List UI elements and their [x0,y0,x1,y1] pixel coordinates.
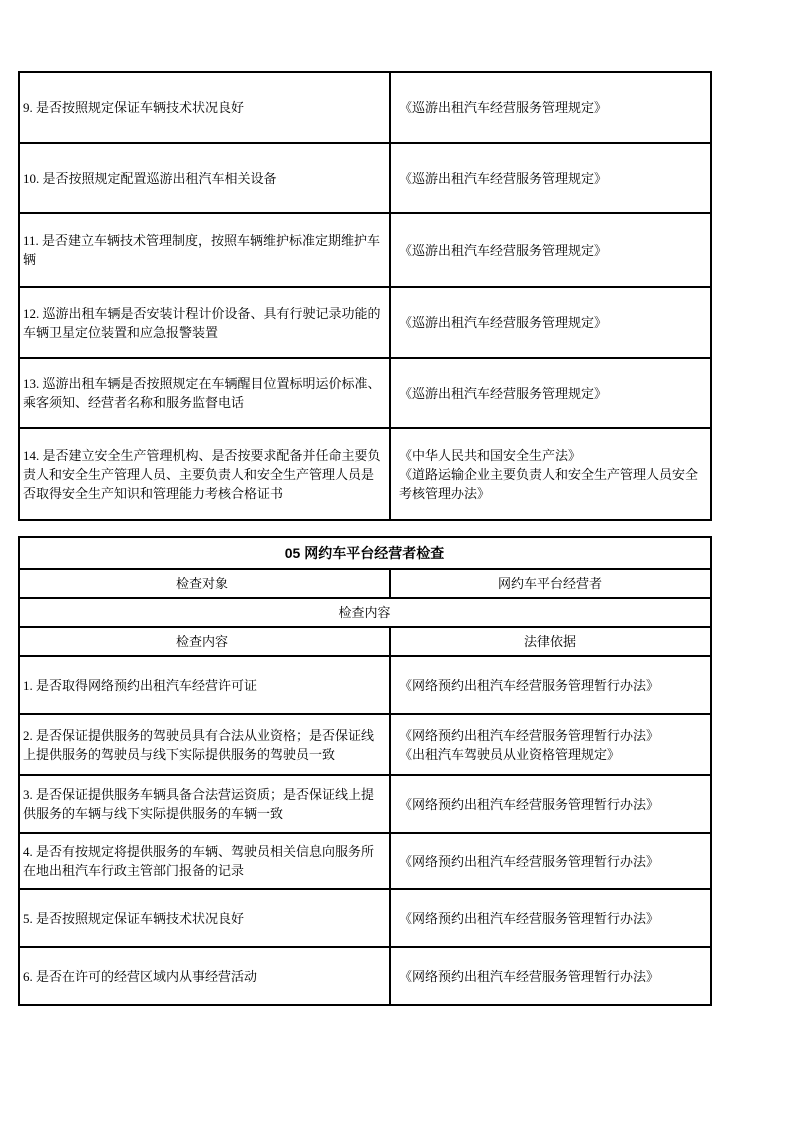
inspect-target-value: 网约车平台经营者 [391,570,710,597]
table-row: 6. 是否在许可的经营区域内从事经营活动《网络预约出租汽车经营服务管理暂行办法》 [20,946,710,1004]
lower-rows-container: 1. 是否取得网络预约出租汽车经营许可证《网络预约出租汽车经营服务管理暂行办法》… [20,655,710,1004]
table-row: 3. 是否保证提供服务车辆具备合法营运资质；是否保证线上提供服务的车辆与线下实际… [20,774,710,832]
check-item-cell: 13. 巡游出租车辆是否按照规定在车辆醒目位置标明运价标准、乘客须知、经营者名称… [20,359,391,427]
section-title-row: 05 网约车平台经营者检查 [20,538,710,568]
column-header-content: 检查内容 [20,628,391,655]
legal-basis-cell: 《中华人民共和国安全生产法》《道路运输企业主要负责人和安全生产管理人员安全考核管… [391,429,710,519]
legal-ref: 《巡游出租汽车经营服务管理规定》 [399,384,706,403]
legal-basis-cell: 《网络预约出租汽车经营服务管理暂行办法》 [391,948,710,1004]
table-row: 11. 是否建立车辆技术管理制度，按照车辆维护标准定期维护车辆《巡游出租汽车经营… [20,212,710,286]
legal-ref: 《网络预约出租汽车经营服务管理暂行办法》 [399,795,706,814]
check-item-cell: 14. 是否建立安全生产管理机构、是否按要求配备并任命主要负责人和安全生产管理人… [20,429,391,519]
legal-basis-cell: 《巡游出租汽车经营服务管理规定》 [391,144,710,212]
legal-ref: 《中华人民共和国安全生产法》 [399,446,706,465]
legal-basis-cell: 《网络预约出租汽车经营服务管理暂行办法》 [391,776,710,832]
inspection-table-lower: 05 网约车平台经营者检查 检查对象 网约车平台经营者 检查内容 检查内容 法律… [18,536,712,1006]
legal-ref: 《巡游出租汽车经营服务管理规定》 [399,313,706,332]
legal-ref: 《网络预约出租汽车经营服务管理暂行办法》 [399,852,706,871]
section-title: 05 网约车平台经营者检查 [20,538,710,568]
legal-ref: 《网络预约出租汽车经营服务管理暂行办法》 [399,967,706,986]
table-row: 2. 是否保证提供服务的驾驶员具有合法从业资格；是否保证线上提供服务的驾驶员与线… [20,713,710,774]
legal-basis-cell: 《巡游出租汽车经营服务管理规定》 [391,288,710,357]
inspect-content-banner: 检查内容 [20,599,710,626]
check-item-cell: 4. 是否有按规定将提供服务的车辆、驾驶员相关信息向服务所在地出租汽车行政主管部… [20,834,391,888]
check-item-cell: 11. 是否建立车辆技术管理制度，按照车辆维护标准定期维护车辆 [20,214,391,286]
table-row: 1. 是否取得网络预约出租汽车经营许可证《网络预约出租汽车经营服务管理暂行办法》 [20,655,710,713]
check-item-cell: 2. 是否保证提供服务的驾驶员具有合法从业资格；是否保证线上提供服务的驾驶员与线… [20,715,391,774]
legal-basis-cell: 《巡游出租汽车经营服务管理规定》 [391,359,710,427]
check-item-cell: 10. 是否按照规定配置巡游出租汽车相关设备 [20,144,391,212]
inspect-content-banner-row: 检查内容 [20,597,710,626]
legal-ref: 《网络预约出租汽车经营服务管理暂行办法》 [399,726,706,745]
check-item-cell: 12. 巡游出租车辆是否安装计程计价设备、具有行驶记录功能的车辆卫星定位装置和应… [20,288,391,357]
table-row: 12. 巡游出租车辆是否安装计程计价设备、具有行驶记录功能的车辆卫星定位装置和应… [20,286,710,357]
legal-ref: 《巡游出租汽车经营服务管理规定》 [399,241,706,260]
column-header-row: 检查内容 法律依据 [20,626,710,655]
table-row: 9. 是否按照规定保证车辆技术状况良好《巡游出租汽车经营服务管理规定》 [20,73,710,142]
legal-ref: 《道路运输企业主要负责人和安全生产管理人员安全考核管理办法》 [399,465,706,503]
check-item-cell: 9. 是否按照规定保证车辆技术状况良好 [20,73,391,142]
table-row: 4. 是否有按规定将提供服务的车辆、驾驶员相关信息向服务所在地出租汽车行政主管部… [20,832,710,888]
legal-basis-cell: 《网络预约出租汽车经营服务管理暂行办法》《出租汽车驾驶员从业资格管理规定》 [391,715,710,774]
legal-ref: 《巡游出租汽车经营服务管理规定》 [399,169,706,188]
legal-ref: 《出租汽车驾驶员从业资格管理规定》 [399,745,706,764]
table-row: 10. 是否按照规定配置巡游出租汽车相关设备《巡游出租汽车经营服务管理规定》 [20,142,710,212]
check-item-cell: 3. 是否保证提供服务车辆具备合法营运资质；是否保证线上提供服务的车辆与线下实际… [20,776,391,832]
inspect-target-label: 检查对象 [20,570,391,597]
legal-ref: 《网络预约出租汽车经营服务管理暂行办法》 [399,676,706,695]
legal-basis-cell: 《巡游出租汽车经营服务管理规定》 [391,214,710,286]
table-row: 14. 是否建立安全生产管理机构、是否按要求配备并任命主要负责人和安全生产管理人… [20,427,710,519]
inspection-table-upper: 9. 是否按照规定保证车辆技术状况良好《巡游出租汽车经营服务管理规定》10. 是… [18,71,712,521]
check-item-cell: 1. 是否取得网络预约出租汽车经营许可证 [20,657,391,713]
legal-basis-cell: 《网络预约出租汽车经营服务管理暂行办法》 [391,890,710,946]
table-row: 13. 巡游出租车辆是否按照规定在车辆醒目位置标明运价标准、乘客须知、经营者名称… [20,357,710,427]
legal-basis-cell: 《网络预约出租汽车经营服务管理暂行办法》 [391,657,710,713]
legal-ref: 《网络预约出租汽车经营服务管理暂行办法》 [399,909,706,928]
legal-basis-cell: 《巡游出租汽车经营服务管理规定》 [391,73,710,142]
legal-basis-cell: 《网络预约出租汽车经营服务管理暂行办法》 [391,834,710,888]
column-header-legal: 法律依据 [391,628,710,655]
check-item-cell: 6. 是否在许可的经营区域内从事经营活动 [20,948,391,1004]
table-row: 5. 是否按照规定保证车辆技术状况良好《网络预约出租汽车经营服务管理暂行办法》 [20,888,710,946]
legal-ref: 《巡游出租汽车经营服务管理规定》 [399,98,706,117]
inspect-target-row: 检查对象 网约车平台经营者 [20,568,710,597]
check-item-cell: 5. 是否按照规定保证车辆技术状况良好 [20,890,391,946]
